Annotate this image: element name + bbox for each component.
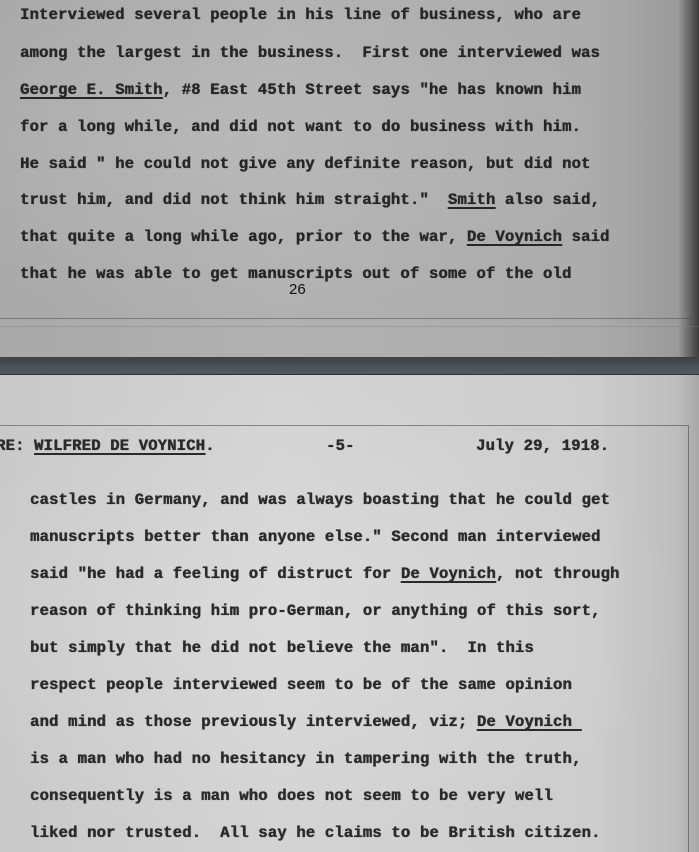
text-line: and mind as those previously interviewed… [30,713,581,731]
text-line: is a man who had no hesitancy in tamperi… [30,750,581,768]
page-edge-rule [0,326,699,327]
document-page-upper: Interviewed several people in his line o… [0,0,699,357]
text-line: manuscripts better than anyone else." Se… [30,528,600,546]
re-prefix: RE: [0,437,34,455]
underlined-name: Smith [448,191,496,209]
text-line: respect people interviewed seem to be of… [30,676,572,694]
document-date: July 29, 1918. [476,437,609,455]
subject-name: WILFRED DE VOYNICH [34,437,205,455]
text-line: trust him, and did not think him straigh… [20,191,600,209]
text-line: liked nor trusted. All say he claims to … [30,824,600,842]
text-line: castles in Germany, and was always boast… [30,491,610,509]
underlined-name: De Voynich [477,713,582,731]
text-line: but simply that he did not believe the m… [30,639,534,657]
page-separator-bar [0,357,699,375]
text-line: among the largest in the business. First… [20,44,600,62]
text-line: consequently is a man who does not seem … [30,787,553,805]
document-page-lower: RE: WILFRED DE VOYNICH. -5- July 29, 191… [0,375,699,852]
margin-rule [688,425,689,852]
underlined-name: De Voynich [401,565,496,583]
text-line: Interviewed several people in his line o… [20,6,581,24]
text-line: that quite a long while ago, prior to th… [20,228,610,246]
text-line: He said " he could not give any definite… [20,155,590,173]
underlined-name: George E. Smith [20,81,163,99]
page-number-label: 26 [289,281,306,298]
text-line: said "he had a feeling of distruct for D… [30,565,620,583]
page-marker: -5- [326,437,355,455]
page-header: RE: WILFRED DE VOYNICH. [0,437,215,455]
underlined-name: De Voynich [467,228,562,246]
page-edge-rule [0,318,691,319]
text-line: George E. Smith, #8 East 45th Street say… [20,81,581,99]
text-line: for a long while, and did not want to do… [20,118,581,136]
header-rule [0,425,688,426]
text-line: reason of thinking him pro-German, or an… [30,602,600,620]
